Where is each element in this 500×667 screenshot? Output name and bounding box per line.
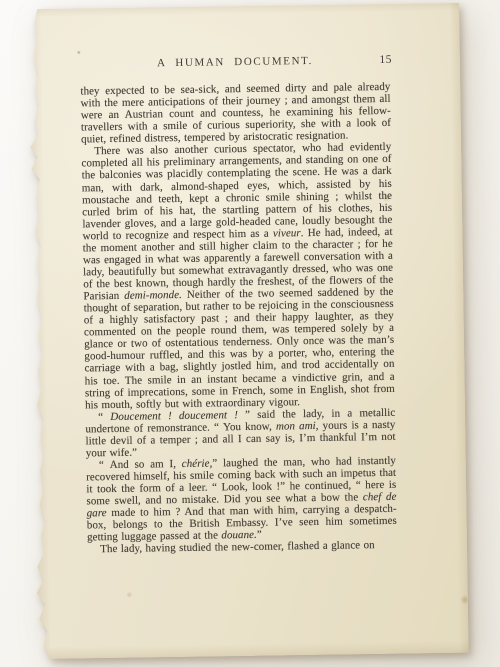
body-text: they expected to be sea-sick, and seemed…	[80, 81, 397, 556]
text-run: “	[98, 411, 110, 423]
italic-text-run: viveur	[273, 227, 301, 239]
text-run: they expected to be sea-sick, and seemed…	[80, 81, 391, 146]
paragraph: “ Doucement ! doucement ! ” said the lad…	[85, 406, 396, 459]
italic-text-run: douane.	[221, 529, 257, 542]
text-run: Neither of the two seemed saddened by th…	[84, 286, 395, 411]
paragraph: There was also another curious spectator…	[81, 141, 395, 411]
italic-text-run: chérie	[182, 458, 210, 470]
italic-text-run: demi-monde.	[124, 289, 182, 302]
paragraph: they expected to be sea-sick, and seemed…	[80, 81, 391, 146]
page-header: A HUMAN DOCUMENT. 15	[80, 54, 390, 74]
page-paper: A HUMAN DOCUMENT. 15 they expected to be…	[25, 3, 469, 659]
stain	[77, 50, 81, 54]
italic-text-run: mon ami	[276, 420, 316, 433]
book-page-wrapper: A HUMAN DOCUMENT. 15 they expected to be…	[0, 0, 500, 667]
page-number: 15	[379, 54, 392, 66]
stain	[460, 595, 470, 605]
stain	[126, 592, 133, 598]
paragraph: “ And so am I, chérie,” laughed the man,…	[86, 455, 397, 544]
running-title: A HUMAN DOCUMENT.	[157, 55, 313, 69]
text-run: ”	[257, 529, 262, 541]
page-content: A HUMAN DOCUMENT. 15 they expected to be…	[80, 54, 397, 556]
scan-background: A HUMAN DOCUMENT. 15 they expected to be…	[0, 0, 500, 667]
